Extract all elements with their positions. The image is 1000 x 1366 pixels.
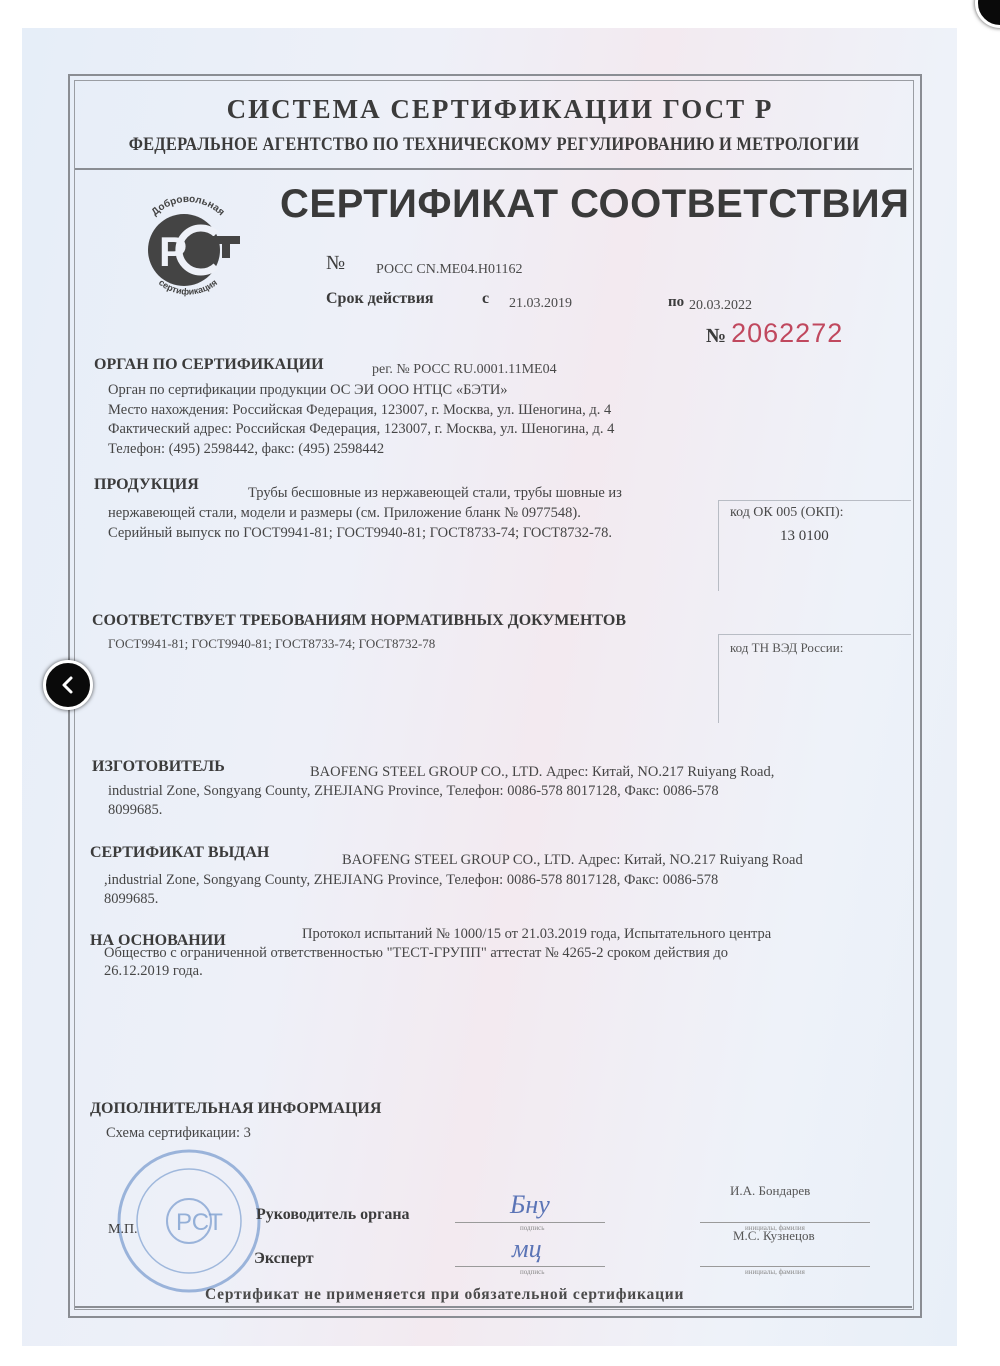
number-label: № xyxy=(326,252,345,275)
basis-line: Общество с ограниченной ответственностью… xyxy=(104,944,728,964)
additional-info-label: ДОПОЛНИТЕЛЬНАЯ ИНФОРМАЦИЯ xyxy=(90,1100,381,1118)
cb-line: Орган по сертификации продукции ОС ЭИ ОО… xyxy=(108,381,614,401)
agency-name: ФЕДЕРАЛЬНОЕ АГЕНТСТВО ПО ТЕХНИЧЕСКОМУ РЕ… xyxy=(84,133,904,156)
manufacturer-line: 8099685. xyxy=(108,801,162,821)
certificate-number: РОСС CN.ME04.H01162 xyxy=(376,262,522,278)
certification-body-details: Орган по сертификации продукции ОС ЭИ ОО… xyxy=(108,381,614,459)
product-line: Серийный выпуск по ГОСТ9941-81; ГОСТ9940… xyxy=(108,524,612,544)
product-label: ПРОДУКЦИЯ xyxy=(94,476,199,494)
footer-divider xyxy=(75,1306,912,1308)
chevron-left-icon xyxy=(58,675,78,695)
manufacturer-line: BAOFENG STEEL GROUP CO., LTD. Адрес: Кит… xyxy=(310,763,774,783)
product-line: Трубы бесшовные из нержавеющей стали, тр… xyxy=(248,484,622,504)
issued-to-label: СЕРТИФИКАТ ВЫДАН xyxy=(90,844,269,862)
seal-stamp-icon: РСТ xyxy=(114,1146,264,1296)
certification-body-label: ОРГАН ПО СЕРТИФИКАЦИИ xyxy=(94,356,324,374)
previous-button[interactable] xyxy=(43,660,93,710)
manufacturer-label: ИЗГОТОВИТЕЛЬ xyxy=(92,758,225,776)
issued-to-line: BAOFENG STEEL GROUP CO., LTD. Адрес: Кит… xyxy=(342,851,803,871)
signature-caption: подпись xyxy=(520,1268,544,1276)
expert-name: М.С. Кузнецов xyxy=(733,1228,815,1244)
certification-scheme: Схема сертификации: 3 xyxy=(106,1124,251,1144)
registration-number: рег. № РОСС RU.0001.11МЕ04 xyxy=(372,362,557,378)
validity-from-date: 21.03.2019 xyxy=(509,296,572,312)
seal-place-label: М.П. xyxy=(108,1222,138,1238)
svg-text:РСТ: РСТ xyxy=(176,1209,223,1236)
signature-caption: подпись xyxy=(520,1224,544,1232)
basis-line: Протокол испытаний № 1000/15 от 21.03.20… xyxy=(302,925,771,945)
tnved-code-label: код ТН ВЭД России: xyxy=(730,640,843,656)
rst-logo-icon: Добровольная P сертификация xyxy=(128,192,248,304)
validity-from-label: с xyxy=(482,290,489,308)
manufacturer-line: industrial Zone, Songyang County, ZHEJIA… xyxy=(108,782,719,802)
cb-line: Телефон: (495) 2598442, факс: (495) 2598… xyxy=(108,440,614,460)
head-signature-line xyxy=(455,1222,605,1223)
head-name-line xyxy=(700,1222,870,1223)
blank-number-label: № xyxy=(706,325,726,347)
product-line: нержавеющей стали, модели и размеры (см.… xyxy=(108,504,581,524)
head-signature: Бну xyxy=(510,1190,550,1220)
document-title: СЕРТИФИКАТ СООТВЕТСТВИЯ xyxy=(280,182,909,227)
issued-to-line: ,industrial Zone, Songyang County, ZHEJI… xyxy=(104,871,718,891)
system-title: СИСТЕМА СЕРТИФИКАЦИИ ГОСТ Р xyxy=(0,94,1000,125)
footer-note: Сертификат не применяется при обязательн… xyxy=(205,1286,684,1304)
expert-label: Эксперт xyxy=(254,1250,314,1268)
basis-line: 26.12.2019 года. xyxy=(104,962,203,982)
validity-label: Срок действия xyxy=(326,290,434,308)
okp-code-label: код ОК 005 (ОКП): xyxy=(730,505,844,521)
normative-documents: ГОСТ9941-81; ГОСТ9940-81; ГОСТ8733-74; Г… xyxy=(108,636,435,652)
validity-to-label: по xyxy=(668,294,684,311)
blank-number-value: 2062272 xyxy=(731,318,843,348)
expert-name-line xyxy=(700,1266,870,1267)
cb-line: Место нахождения: Российская Федерация, … xyxy=(108,401,614,421)
cb-line: Фактический адрес: Российская Федерация,… xyxy=(108,420,614,440)
blank-number: № 2062272 xyxy=(706,318,843,349)
header-divider xyxy=(75,168,912,170)
validity-to-date: 20.03.2022 xyxy=(689,298,752,314)
issued-to-line: 8099685. xyxy=(104,890,158,910)
close-button[interactable] xyxy=(975,0,1000,28)
okp-code-value: 13 0100 xyxy=(780,528,829,545)
name-caption: инициалы, фамилия xyxy=(745,1268,805,1276)
head-name: И.А. Бондарев xyxy=(730,1183,810,1199)
conformity-label: СООТВЕТСТВУЕТ ТРЕБОВАНИЯМ НОРМАТИВНЫХ ДО… xyxy=(92,612,626,630)
head-of-body-label: Руководитель органа xyxy=(256,1206,410,1224)
expert-signature: мц xyxy=(512,1234,542,1264)
expert-signature-line xyxy=(455,1266,605,1267)
